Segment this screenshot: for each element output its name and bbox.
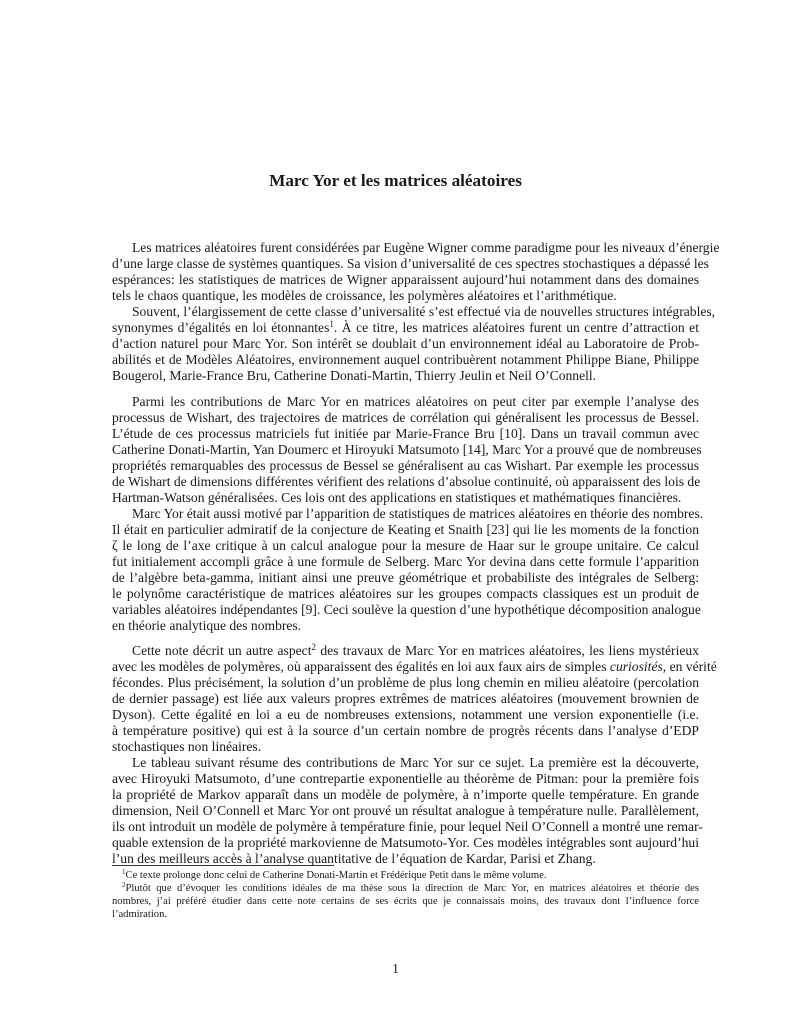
body-line: Catherine Donati-Martin, Yan Doumerc et …	[112, 442, 699, 458]
body-line: fécondes. Plus précisément, la solution …	[112, 675, 699, 691]
body-line: le polynôme caractéristique de matrices …	[112, 586, 699, 602]
body-line: variables aléatoires indépendantes [9]. …	[112, 602, 699, 618]
body-line: processus de Wishart, des trajectoires d…	[112, 410, 699, 426]
body-line-with-footnote-ref: Cette note décrit un autre aspect2 des t…	[132, 643, 699, 659]
body-line: Souvent, l’élargissement de cette classe…	[132, 304, 699, 320]
body-line: de l’algèbre beta-gamma, initiant ainsi …	[112, 570, 699, 586]
body-line: Il était en particulier admiratif de la …	[112, 522, 699, 538]
footnote-2-continued: l’admiration.	[112, 908, 699, 921]
body-line: en théorie analytique des nombres.	[112, 618, 699, 634]
body-line: ζ le long de l’axe critique à un calcul …	[112, 538, 699, 554]
body-line: avec Hiroyuki Matsumoto, d’une contrepar…	[112, 771, 699, 787]
footnote-divider	[112, 865, 334, 866]
page-number: 1	[0, 961, 791, 977]
body-line: d’action naturel pour Marc Yor. Son inté…	[112, 336, 699, 352]
body-line: de dernier passage) est liée aux valeurs…	[112, 691, 699, 707]
body-line: à température positive) qui est à la sou…	[112, 723, 699, 739]
body-line: espérances: les statistiques de matrices…	[112, 272, 699, 288]
body-line: dimension, Neil O’Connell et Marc Yor on…	[112, 803, 699, 819]
body-line: Bougerol, Marie-France Bru, Catherine Do…	[112, 368, 699, 384]
body-line: abilités et de Modèles Aléatoires, envir…	[112, 352, 699, 368]
body-line: la propriété de Markov apparaît dans un …	[112, 787, 699, 803]
body-line: Hartman-Watson généralisées. Ces lois on…	[112, 490, 699, 506]
body-line: quable extension de la propriété markovi…	[112, 835, 699, 851]
body-line: fut initialement accompli grâce à une fo…	[112, 554, 699, 570]
body-line: Parmi les contributions de Marc Yor en m…	[132, 394, 699, 410]
body-line: de Wishart de dimensions différentes vér…	[112, 474, 699, 490]
body-line: ils ont introduit un modèle de polymère …	[112, 819, 699, 835]
body-line-with-footnote-ref: synonymes d’égalités en loi étonnantes1.…	[112, 320, 699, 336]
body-line: stochastiques non linéaires.	[112, 739, 699, 755]
footnote-2-continued: nombres, j’ai préféré étudier dans cette…	[112, 895, 699, 908]
body-line: Marc Yor était aussi motivé par l’appari…	[132, 506, 699, 522]
body-line: Dyson). Cette égalité en loi a eu de nom…	[112, 707, 699, 723]
paper-title: Marc Yor et les matrices aléatoires	[0, 171, 791, 191]
body-line: d’une large classe de systèmes quantique…	[112, 256, 699, 272]
footnote-1: 1Ce texte prolonge donc celui de Catheri…	[122, 869, 699, 882]
body-line: L’étude de ces processus matriciels fut …	[112, 426, 699, 442]
footnote-2: 2Plutôt que d’évoquer les conditions idé…	[122, 882, 699, 895]
body-line: tels le chaos quantique, les modèles de …	[112, 288, 699, 304]
emphasis-curiosites: curiosités	[610, 659, 663, 674]
body-line: Les matrices aléatoires furent considéré…	[132, 240, 699, 256]
body-line: Le tableau suivant résume des contributi…	[132, 755, 699, 771]
body-line: propriétés remarquables des processus de…	[112, 458, 699, 474]
body-line-with-emphasis: avec les modèles de polymères, où appara…	[112, 659, 699, 675]
